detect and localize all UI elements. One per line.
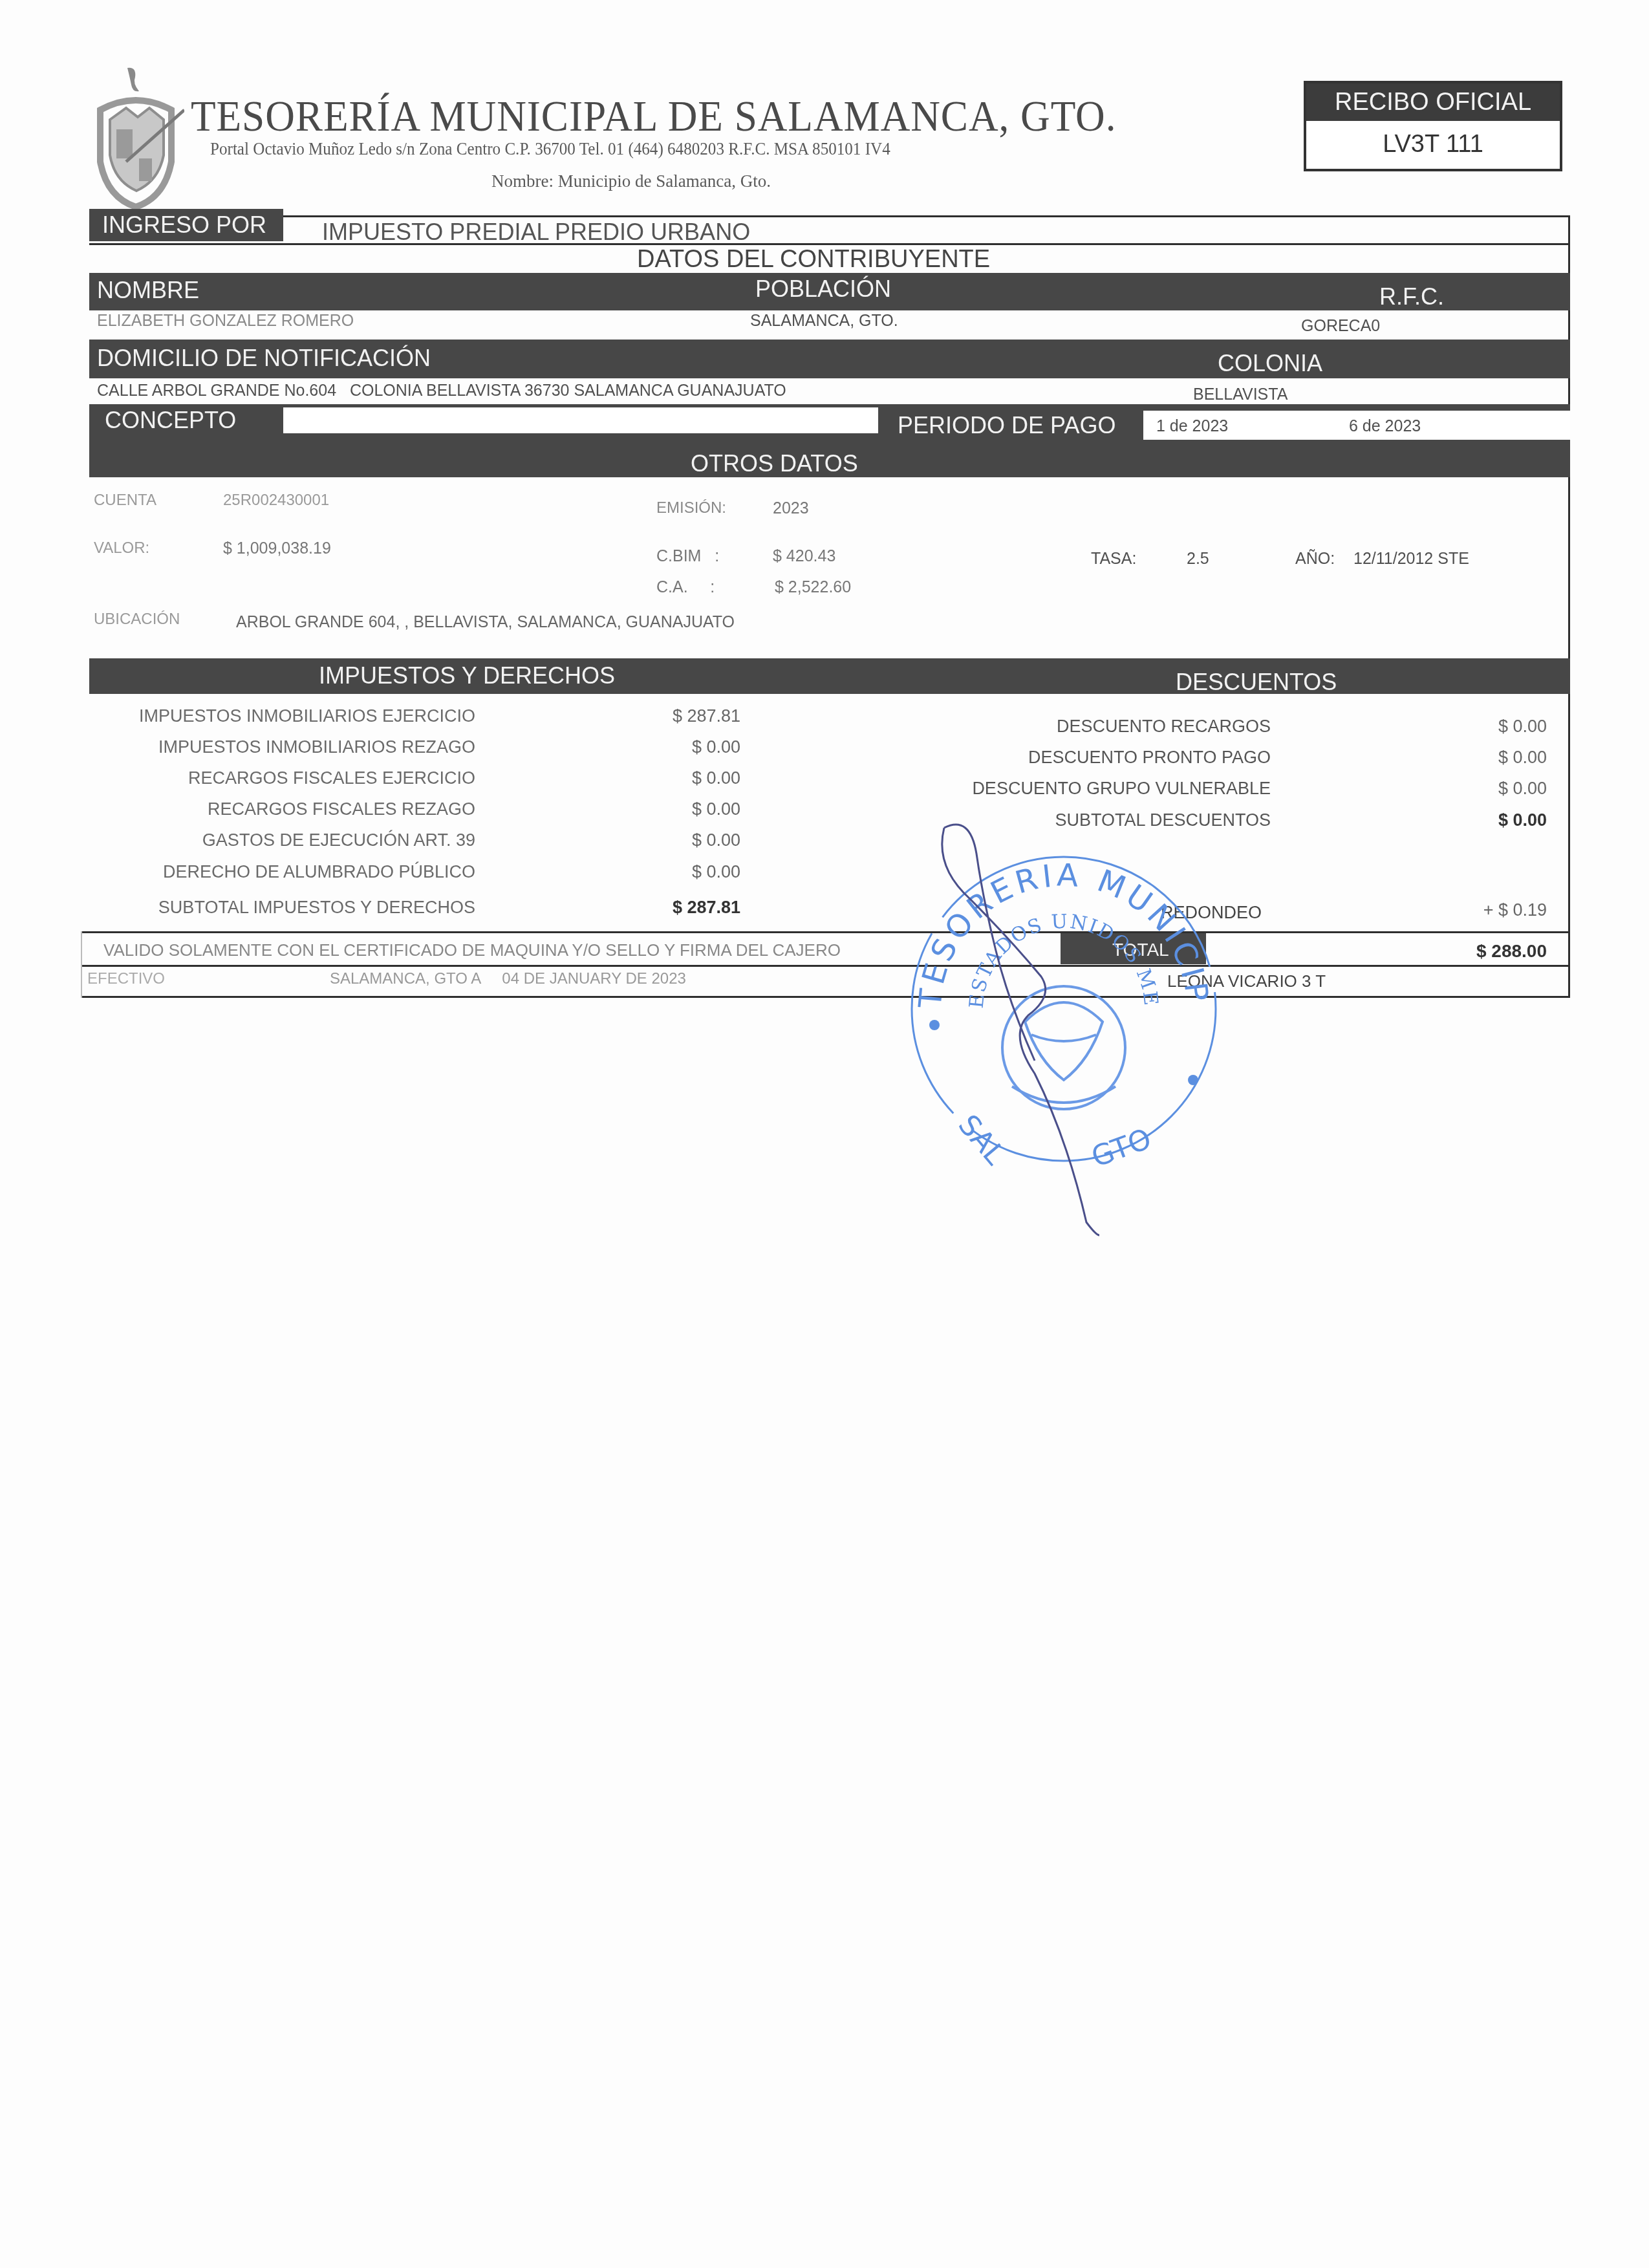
impuesto-label: RECARGOS FISCALES REZAGO <box>208 799 475 819</box>
impuestos-title: IMPUESTOS Y DERECHOS <box>319 662 615 689</box>
ca-label: C.A. : <box>656 578 715 597</box>
validity-note: VALIDO SOLAMENTE CON EL CERTIFICADO DE M… <box>103 940 841 960</box>
concepto-row-bar: CONCEPTO PERIODO DE PAGO 1 de 2023 6 de … <box>89 404 1570 440</box>
descuento-label: DESCUENTO PRONTO PAGO <box>1028 748 1271 768</box>
impuesto-label: IMPUESTOS INMOBILIARIOS EJERCICIO <box>139 706 475 726</box>
concepto-label: CONCEPTO <box>105 407 236 434</box>
ubicacion-value: ARBOL GRANDE 604, , BELLAVISTA, SALAMANC… <box>236 613 735 632</box>
redondeo-label: REDONDEO <box>1161 903 1262 923</box>
receipt-number: LV3T 111 <box>1306 121 1560 167</box>
page-title: TESORERÍA MUNICIPAL DE SALAMANCA, GTO. <box>191 91 1116 142</box>
impuesto-amount: $ 0.00 <box>692 862 740 882</box>
impuestos-descuentos-bar: IMPUESTOS Y DERECHOS DESCUENTOS <box>89 658 1570 694</box>
receipt-number-box: RECIBO OFICIAL LV3T 111 <box>1304 81 1562 171</box>
periodo-field: 1 de 2023 6 de 2023 <box>1143 411 1570 440</box>
valor-value: $ 1,009,038.19 <box>223 539 331 558</box>
poblacion-label: POBLACIÓN <box>755 275 891 303</box>
anio-value: 12/11/2012 STE <box>1353 550 1469 568</box>
municipality-name: Nombre: Municipio de Salamanca, Gto. <box>491 171 771 191</box>
domicilio-label: DOMICILIO DE NOTIFICACIÓN <box>97 345 431 372</box>
impuesto-label: DERECHO DE ALUMBRADO PÚBLICO <box>163 862 475 882</box>
impuesto-amount: $ 0.00 <box>692 737 740 757</box>
otros-datos-title: OTROS DATOS <box>691 450 858 477</box>
redondeo-amount: + $ 0.19 <box>1483 900 1547 920</box>
rfc-value: GORECA0 <box>1301 317 1380 336</box>
descuento-label: DESCUENTO RECARGOS <box>1057 717 1271 737</box>
contribuyente-section-title: DATOS DEL CONTRIBUYENTE <box>637 246 990 274</box>
impuesto-label: GASTOS DE EJECUCIÓN ART. 39 <box>202 830 475 850</box>
tasa-label: TASA: <box>1091 550 1136 568</box>
municipal-coat-of-arms-icon <box>87 65 184 213</box>
impuesto-label: RECARGOS FISCALES EJERCICIO <box>188 768 475 788</box>
subtotal-descuentos-amount: $ 0.00 <box>1498 810 1547 830</box>
cbim-label: C.BIM : <box>656 547 719 566</box>
total-amount: $ 288.00 <box>1476 941 1547 962</box>
ingreso-value: IMPUESTO PREDIAL PREDIO URBANO <box>322 219 750 246</box>
impuesto-amount: $ 0.00 <box>692 799 740 819</box>
ingreso-label: INGRESO POR <box>102 211 266 238</box>
periodo-desde: 1 de 2023 <box>1156 417 1228 436</box>
colonia-value: BELLAVISTA <box>1193 385 1288 404</box>
impuesto-amount: $ 287.81 <box>673 706 740 726</box>
treasury-address: Portal Octavio Muñoz Ledo s/n Zona Centr… <box>210 139 890 159</box>
impuesto-amount: $ 0.00 <box>692 768 740 788</box>
footer-left-border <box>81 931 82 998</box>
valor-label: VALOR: <box>94 539 149 557</box>
descuento-label: DESCUENTO GRUPO VULNERABLE <box>972 779 1271 799</box>
tasa-value: 2.5 <box>1187 550 1209 568</box>
seal-bottom-right-text: GTO <box>1087 1122 1156 1174</box>
descuento-amount: $ 0.00 <box>1498 717 1547 737</box>
otros-datos-bar: OTROS DATOS <box>89 440 1570 477</box>
payment-method: EFECTIVO <box>87 970 165 988</box>
domicilio-value: CALLE ARBOL GRANDE No.604 COLONIA BELLAV… <box>97 382 786 400</box>
footer-top-rule <box>81 931 1570 933</box>
footer-right-border <box>1568 931 1570 998</box>
nombre-label: NOMBRE <box>97 277 199 304</box>
contribuyente-header-bar: NOMBRE POBLACIÓN R.F.C. <box>89 273 1570 310</box>
ca-value: $ 2,522.60 <box>775 578 851 597</box>
descuento-amount: $ 0.00 <box>1498 748 1547 768</box>
anio-label: AÑO: <box>1295 550 1335 568</box>
descuento-amount: $ 0.00 <box>1498 779 1547 799</box>
periodo-hasta: 6 de 2023 <box>1349 417 1421 436</box>
cbim-value: $ 420.43 <box>773 547 835 566</box>
domicilio-header-bar: DOMICILIO DE NOTIFICACIÓN COLONIA <box>89 340 1570 378</box>
total-label-bar: TOTAL <box>1061 933 1206 964</box>
poblacion-value: SALAMANCA, GTO. <box>750 312 898 330</box>
ingreso-label-bar: INGRESO POR <box>89 209 283 241</box>
ingreso-field: IMPUESTO PREDIAL PREDIO URBANO <box>283 215 1570 244</box>
receipt-label: RECIBO OFICIAL <box>1306 83 1560 121</box>
seal-bottom-left-text: SAL <box>952 1108 1012 1171</box>
cuenta-value: 25R002430001 <box>223 491 329 510</box>
subtotal-descuentos-label: SUBTOTAL DESCUENTOS <box>1055 810 1271 830</box>
descuentos-title: DESCUENTOS <box>1176 669 1337 694</box>
colonia-label: COLONIA <box>1218 350 1322 377</box>
rfc-label: R.F.C. <box>1379 283 1444 310</box>
cuenta-label: CUENTA <box>94 491 156 510</box>
place-date: SALAMANCA, GTO A 04 DE JANUARY DE 2023 <box>330 970 686 988</box>
impuesto-amount: $ 0.00 <box>692 830 740 850</box>
subtotal-impuestos-label: SUBTOTAL IMPUESTOS Y DERECHOS <box>158 898 475 918</box>
footer-mid-rule <box>81 965 1570 967</box>
cashier-location: LEONA VICARIO 3 T <box>1167 971 1326 991</box>
concepto-field <box>283 407 878 433</box>
emision-label: EMISIÓN: <box>656 499 726 517</box>
periodo-label: PERIODO DE PAGO <box>898 412 1115 439</box>
emision-value: 2023 <box>773 499 809 518</box>
impuesto-label: IMPUESTOS INMOBILIARIOS REZAGO <box>158 737 475 757</box>
total-label: TOTAL <box>1112 940 1169 960</box>
footer-bottom-rule <box>81 996 1570 998</box>
nombre-value: ELIZABETH GONZALEZ ROMERO <box>97 312 354 330</box>
subtotal-impuestos-amount: $ 287.81 <box>673 898 740 918</box>
ubicacion-label: UBICACIÓN <box>94 610 180 629</box>
